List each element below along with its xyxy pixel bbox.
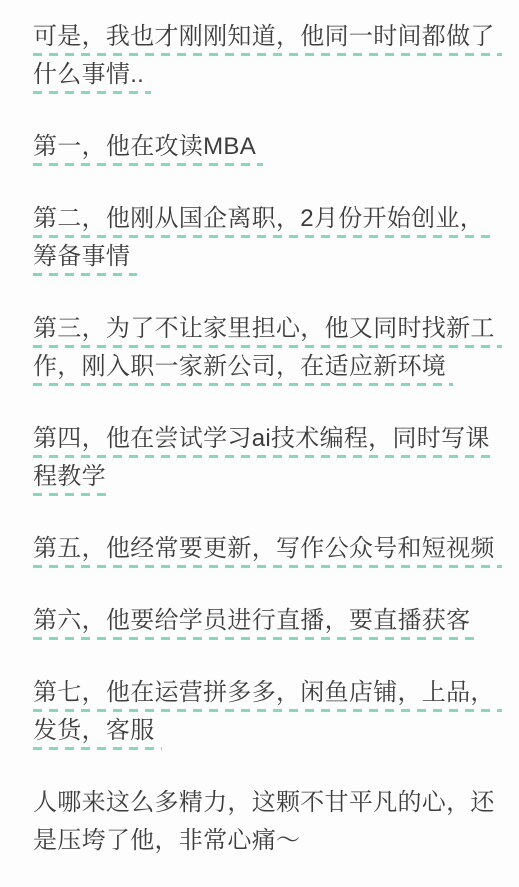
line-text: 可是，我也才刚刚知道，他同一时间都做了 bbox=[33, 23, 502, 56]
paragraph: 第三，为了不让家里担心，他又同时找新工作，刚入职一家新公司，在适应新环境 bbox=[33, 310, 495, 386]
paragraph: 第五，他经常要更新，写作公众号和短视频 bbox=[33, 530, 495, 568]
paragraph-line: 第一，他在攻读MBA bbox=[33, 128, 495, 166]
line-text: 什么事情.. bbox=[33, 61, 151, 94]
line-text: 第三，为了不让家里担心，他又同时找新工 bbox=[33, 315, 502, 348]
paragraph: 第四，他在尝试学习ai技术编程，同时写课程教学 bbox=[33, 420, 495, 496]
paragraph-line: 发货，客服 bbox=[33, 712, 495, 750]
line-text: 程教学 bbox=[33, 463, 113, 496]
paragraph: 第二，他刚从国企离职，2月份开始创业，筹备事情 bbox=[33, 200, 495, 276]
line-text: 第二，他刚从国企离职，2月份开始创业， bbox=[33, 205, 491, 238]
line-text: 第六，他要给学员进行直播，要直播获客 bbox=[33, 607, 477, 640]
paragraph-line: 人哪来这么多精力，这颗不甘平凡的心，还 bbox=[33, 784, 495, 822]
paragraph-line: 筹备事情 bbox=[33, 238, 495, 276]
line-text: 发货，客服 bbox=[33, 717, 162, 750]
paragraph-line: 第二，他刚从国企离职，2月份开始创业， bbox=[33, 200, 495, 238]
paragraph-line: 作，刚入职一家新公司，在适应新环境 bbox=[33, 348, 495, 386]
paragraph-line: 第七，他在运营拼多多，闲鱼店铺，上品， bbox=[33, 674, 495, 712]
line-text: 作，刚入职一家新公司，在适应新环境 bbox=[33, 353, 453, 386]
paragraph-line: 是压垮了他，非常心痛～ bbox=[33, 822, 495, 860]
line-text: 第四，他在尝试学习ai技术编程，同时写课 bbox=[33, 425, 497, 458]
paragraph-line: 第四，他在尝试学习ai技术编程，同时写课 bbox=[33, 420, 495, 458]
paragraph: 可是，我也才刚刚知道，他同一时间都做了什么事情.. bbox=[33, 18, 495, 94]
paragraph: 第七，他在运营拼多多，闲鱼店铺，上品，发货，客服 bbox=[33, 674, 495, 750]
line-text: 第七，他在运营拼多多，闲鱼店铺，上品， bbox=[33, 679, 502, 712]
article-body: 可是，我也才刚刚知道，他同一时间都做了什么事情..第一，他在攻读MBA第二，他刚… bbox=[0, 0, 519, 886]
paragraph-line: 什么事情.. bbox=[33, 56, 495, 94]
paragraph-line: 第六，他要给学员进行直播，要直播获客 bbox=[33, 602, 495, 640]
paragraph-line: 可是，我也才刚刚知道，他同一时间都做了 bbox=[33, 18, 495, 56]
line-text: 第一，他在攻读MBA bbox=[33, 133, 263, 166]
paragraph-line: 第三，为了不让家里担心，他又同时找新工 bbox=[33, 310, 495, 348]
line-text: 人哪来这么多精力，这颗不甘平凡的心，还 bbox=[33, 789, 495, 816]
paragraph-line: 程教学 bbox=[33, 458, 495, 496]
page-background: { "page": { "background_color": "#fdfdfd… bbox=[0, 0, 519, 887]
line-text: 是压垮了他，非常心痛～ bbox=[33, 827, 300, 854]
paragraph: 第一，他在攻读MBA bbox=[33, 128, 495, 166]
line-text: 筹备事情 bbox=[33, 243, 137, 276]
paragraph-line: 第五，他经常要更新，写作公众号和短视频 bbox=[33, 530, 495, 568]
line-text: 第五，他经常要更新，写作公众号和短视频 bbox=[33, 535, 502, 568]
paragraph: 第六，他要给学员进行直播，要直播获客 bbox=[33, 602, 495, 640]
paragraph: 人哪来这么多精力，这颗不甘平凡的心，还是压垮了他，非常心痛～ bbox=[33, 784, 495, 860]
